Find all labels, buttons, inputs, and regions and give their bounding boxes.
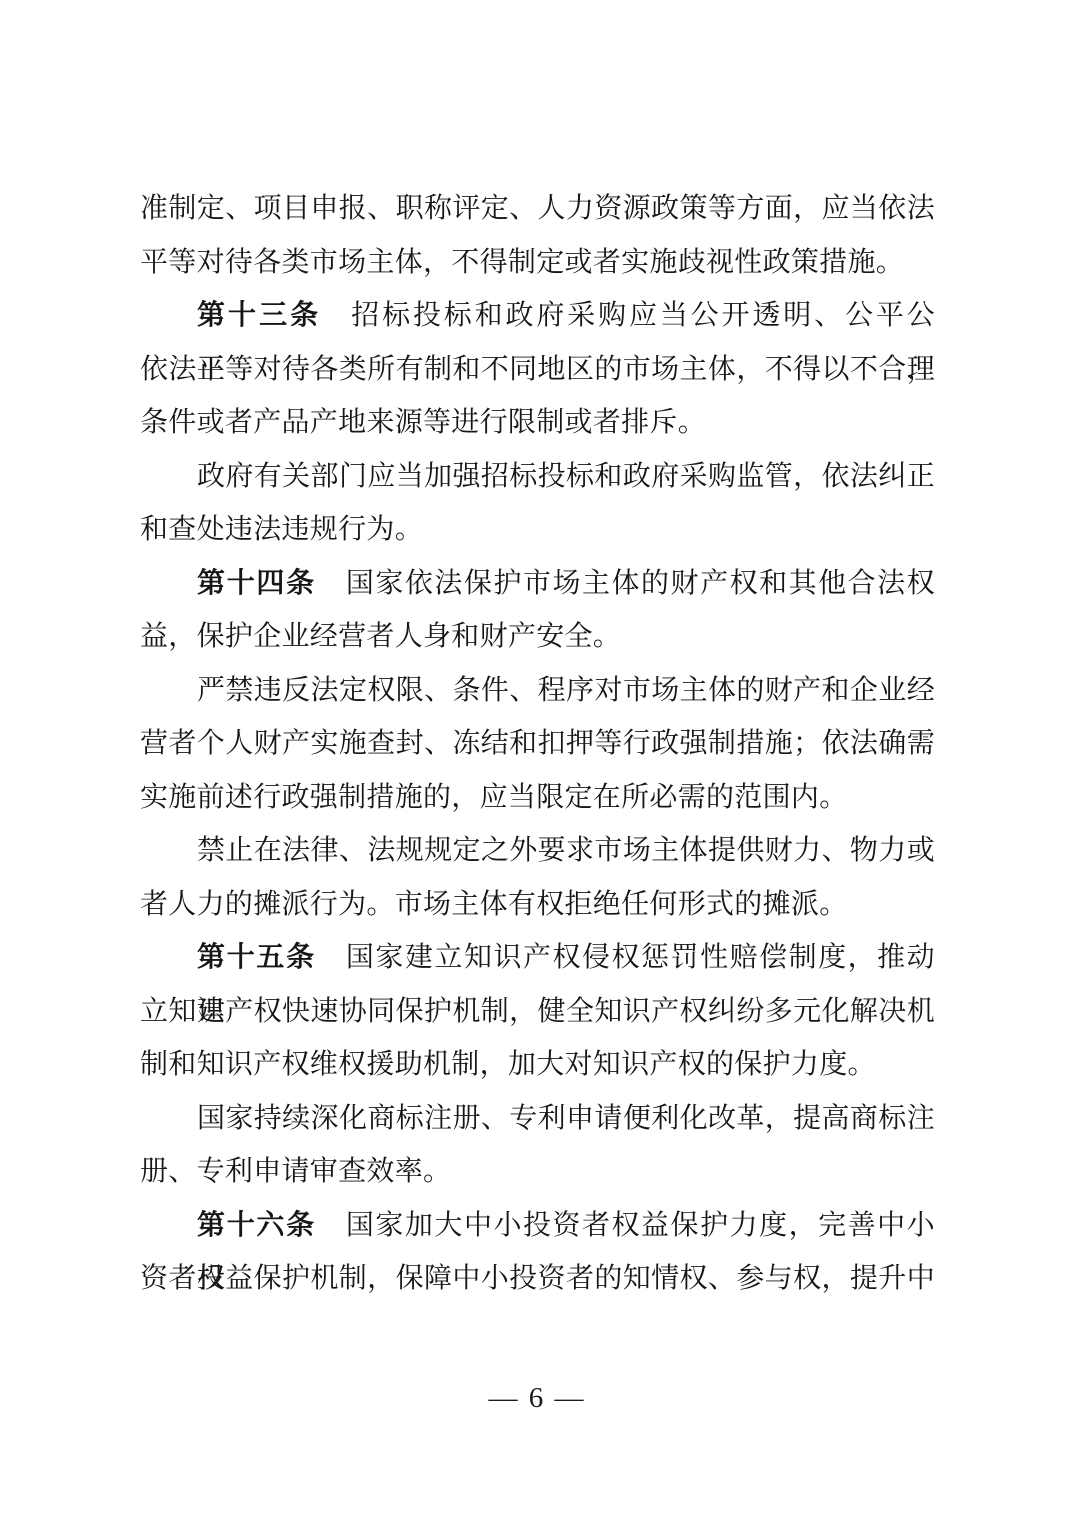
line-text: 准制定、项目申报、职称评定、人力资源政策等方面，应当依法 bbox=[140, 193, 935, 224]
page-number: — 6 — bbox=[0, 1378, 1074, 1418]
text-line: 册、专利申请审查效率。 bbox=[140, 1145, 935, 1199]
line-text: 平等对待各类市场主体，不得制定或者实施歧视性政策措施。 bbox=[140, 247, 904, 278]
text-line: 制和知识产权维权援助机制，加大对知识产权的保护力度。 bbox=[140, 1038, 935, 1092]
line-text: 和查处违法违规行为。 bbox=[140, 514, 423, 545]
line-text: 国家依法保护市场主体的财产权和其他合法权 bbox=[346, 568, 935, 599]
text-line-article-14: 第十四条国家依法保护市场主体的财产权和其他合法权 bbox=[140, 557, 935, 611]
line-text: 条件或者产品产地来源等进行限制或者排斥。 bbox=[140, 407, 706, 438]
article-number: 第十五条 bbox=[197, 942, 316, 973]
text-line: 实施前述行政强制措施的，应当限定在所必需的范围内。 bbox=[140, 771, 935, 825]
line-text: 册、专利申请审查效率。 bbox=[140, 1156, 451, 1187]
line-text: 资者权益保护机制，保障中小投资者的知情权、参与权，提升中 bbox=[140, 1263, 935, 1294]
document-text-block: 准制定、项目申报、职称评定、人力资源政策等方面，应当依法 平等对待各类市场主体，… bbox=[140, 182, 935, 1306]
line-text: 益，保护企业经营者人身和财产安全。 bbox=[140, 621, 621, 652]
line-text: 严禁违反法定权限、条件、程序对市场主体的财产和企业经 bbox=[197, 675, 935, 706]
text-line: 条件或者产品产地来源等进行限制或者排斥。 bbox=[140, 396, 935, 450]
text-line: 益，保护企业经营者人身和财产安全。 bbox=[140, 610, 935, 664]
document-page: 准制定、项目申报、职称评定、人力资源政策等方面，应当依法 平等对待各类市场主体，… bbox=[0, 0, 1074, 1520]
line-text: 营者个人财产实施查封、冻结和扣押等行政强制措施；依法确需 bbox=[140, 728, 935, 759]
text-line: 准制定、项目申报、职称评定、人力资源政策等方面，应当依法 bbox=[140, 182, 935, 236]
line-text: 禁止在法律、法规规定之外要求市场主体提供财力、物力或 bbox=[197, 835, 935, 866]
text-line: 严禁违反法定权限、条件、程序对市场主体的财产和企业经 bbox=[140, 664, 935, 718]
text-line: 政府有关部门应当加强招标投标和政府采购监管，依法纠正 bbox=[140, 450, 935, 504]
text-line-article-16: 第十六条国家加大中小投资者权益保护力度，完善中小投 bbox=[140, 1199, 935, 1253]
text-line: 资者权益保护机制，保障中小投资者的知情权、参与权，提升中 bbox=[140, 1252, 935, 1306]
line-text: 立知识产权快速协同保护机制，健全知识产权纠纷多元化解决机 bbox=[140, 996, 935, 1027]
line-text: 实施前述行政强制措施的，应当限定在所必需的范围内。 bbox=[140, 782, 848, 813]
text-line: 平等对待各类市场主体，不得制定或者实施歧视性政策措施。 bbox=[140, 236, 935, 290]
text-line: 立知识产权快速协同保护机制，健全知识产权纠纷多元化解决机 bbox=[140, 985, 935, 1039]
text-line: 者人力的摊派行为。市场主体有权拒绝任何形式的摊派。 bbox=[140, 878, 935, 932]
text-line: 依法平等对待各类所有制和不同地区的市场主体，不得以不合理 bbox=[140, 343, 935, 397]
text-line: 禁止在法律、法规规定之外要求市场主体提供财力、物力或 bbox=[140, 824, 935, 878]
text-line: 国家持续深化商标注册、专利申请便利化改革，提高商标注 bbox=[140, 1092, 935, 1146]
line-text: 者人力的摊派行为。市场主体有权拒绝任何形式的摊派。 bbox=[140, 889, 848, 920]
article-number: 第十三条 bbox=[197, 300, 321, 331]
article-number: 第十四条 bbox=[197, 568, 316, 599]
line-text: 制和知识产权维权援助机制，加大对知识产权的保护力度。 bbox=[140, 1049, 876, 1080]
line-text: 国家持续深化商标注册、专利申请便利化改革，提高商标注 bbox=[197, 1103, 935, 1134]
line-text: 依法平等对待各类所有制和不同地区的市场主体，不得以不合理 bbox=[140, 354, 935, 385]
line-text: 政府有关部门应当加强招标投标和政府采购监管，依法纠正 bbox=[197, 461, 935, 492]
text-line-article-15: 第十五条国家建立知识产权侵权惩罚性赔偿制度，推动建 bbox=[140, 931, 935, 985]
text-line: 营者个人财产实施查封、冻结和扣押等行政强制措施；依法确需 bbox=[140, 717, 935, 771]
text-line: 和查处违法违规行为。 bbox=[140, 503, 935, 557]
article-number: 第十六条 bbox=[197, 1210, 316, 1241]
text-line-article-13: 第十三条招标投标和政府采购应当公开透明、公平公正， bbox=[140, 289, 935, 343]
